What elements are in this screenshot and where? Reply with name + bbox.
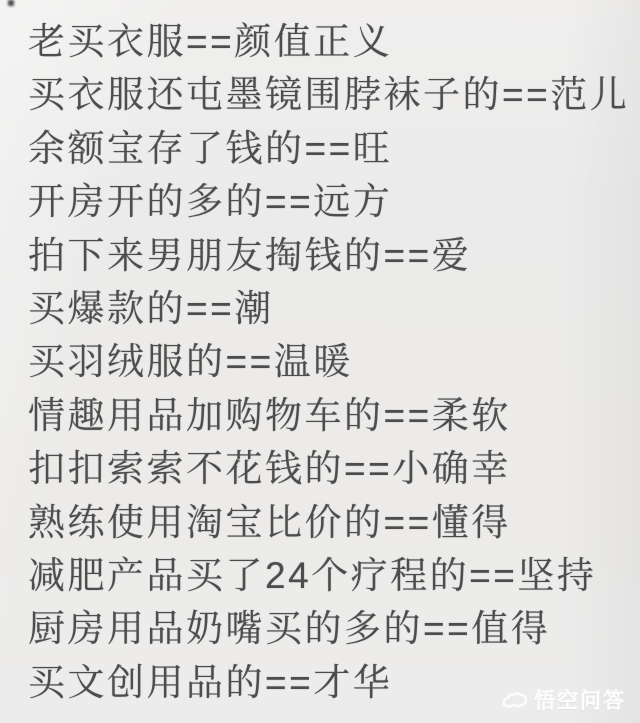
text-line-8: 情趣用品加购物车的==柔软 bbox=[28, 389, 628, 442]
text-line-11: 减肥产品买了24个疗程的==坚持 bbox=[28, 549, 628, 602]
text-line-12: 厨房用品奶嘴买的多的==值得 bbox=[28, 602, 628, 655]
text-line-1: 老买衣服==颜值正义 bbox=[28, 15, 628, 68]
photo-speck bbox=[8, 0, 14, 6]
text-line-9: 扣扣索索不花钱的==小确幸 bbox=[28, 442, 628, 495]
text-line-10: 熟练使用淘宝比价的==懂得 bbox=[28, 496, 628, 549]
text-line-4: 开房开的多的==远方 bbox=[28, 175, 628, 228]
text-line-2: 买衣服还屯墨镜围脖袜子的==范儿 bbox=[28, 68, 628, 121]
text-line-7: 买羽绒服的==温暖 bbox=[28, 335, 628, 388]
text-line-5: 拍下来男朋友掏钱的==爱 bbox=[28, 229, 628, 282]
text-list: 老买衣服==颜值正义 买衣服还屯墨镜围脖袜子的==范儿 余额宝存了钱的==旺 开… bbox=[28, 15, 628, 709]
text-line-6: 买爆款的==潮 bbox=[28, 282, 628, 335]
text-line-13: 买文创用品的==才华 bbox=[28, 656, 628, 709]
text-line-3: 余额宝存了钱的==旺 bbox=[28, 122, 628, 175]
